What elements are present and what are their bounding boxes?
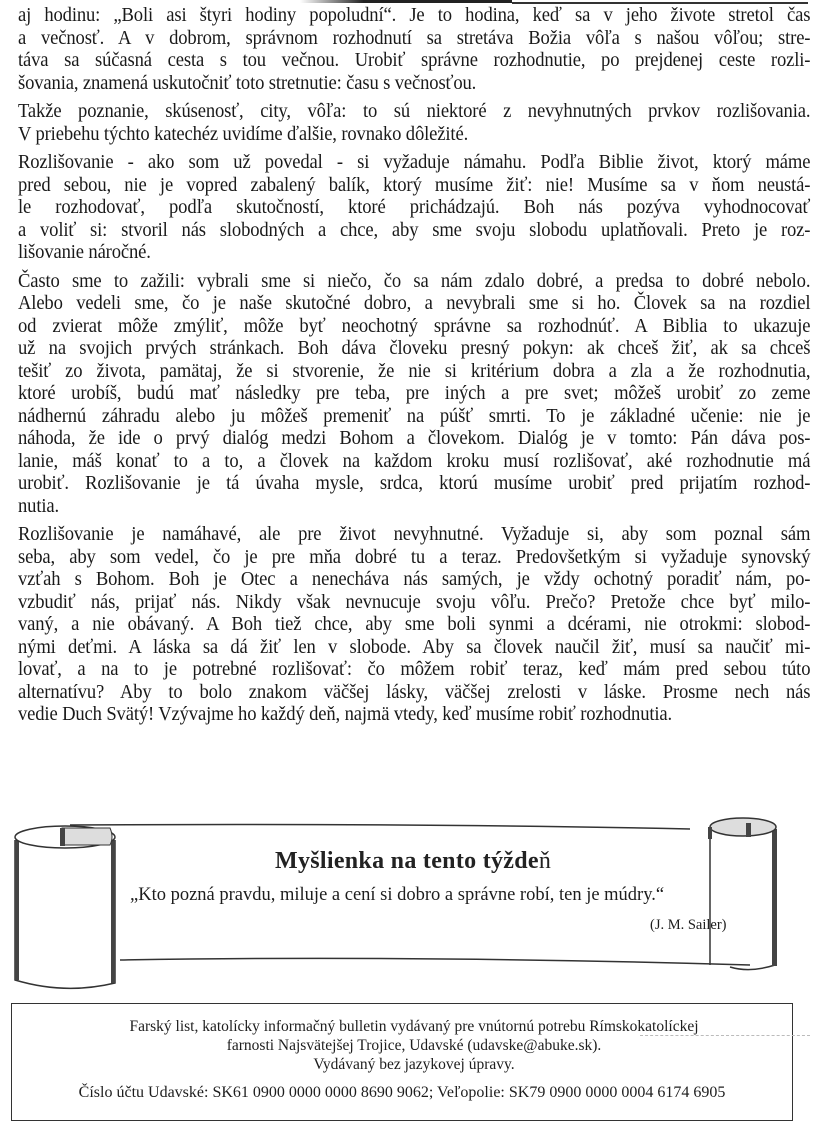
text-line: už na svojich prvých stránkach. Boh dáva…: [18, 337, 810, 360]
text-line: šovania, znamená uskutočniť toto stretnu…: [18, 72, 810, 95]
paragraph-1: aj hodinu: „Boli asi štyri hodiny popolu…: [18, 4, 810, 94]
text-line: táva sa súčasná cesta s tou večnou. Urob…: [18, 49, 810, 72]
text-line: Rozlišovanie je namáhavé, ale pre život …: [18, 523, 810, 546]
text-line: alternatívu? Aby to bolo znakom väčšej l…: [18, 681, 810, 704]
footer-line-3: Vydávaný bez jazykovej úpravy.: [24, 1056, 804, 1074]
banner-title-text: Myšlienka na tento týžde: [275, 848, 539, 874]
text-line: pred sebou, nie je vopred zabalený balík…: [18, 174, 810, 197]
text-line: aj hodinu: „Boli asi štyri hodiny popolu…: [18, 4, 810, 27]
text-line: Často sme to zažili: vybrali sme si nieč…: [18, 270, 810, 293]
footer-line-2: farnosti Najsvätejšej Trojice, Udavské (…: [24, 1037, 804, 1055]
paragraph-4: Často sme to zažili: vybrali sme si nieč…: [18, 270, 810, 518]
text-line: vaný, a nie obávaný. A Boh tiež chce, ab…: [18, 613, 810, 636]
text-line: seba, aby som vedel, čo je pre mňa dobré…: [18, 546, 810, 569]
paragraph-5: Rozlišovanie je namáhavé, ale pre život …: [18, 523, 810, 726]
text-line: od zvierat môže zmýliť, môže byť neochot…: [18, 315, 810, 338]
text-line: Takže poznanie, skúsenosť, city, vôľa: t…: [18, 100, 810, 123]
text-line: nými deťmi. A láska sa dá žiť len v slob…: [18, 636, 810, 659]
text-line: vzbudiť nás, prijať nás. Nikdy však nevn…: [18, 591, 810, 614]
footer-line-1: Farský list, katolícky informačný bullet…: [24, 1018, 804, 1036]
text-line: lovať, a na to je potrebné rozlišovať: č…: [18, 658, 810, 681]
footer-bank-accounts: Číslo účtu Udavské: SK61 0900 0000 0000 …: [12, 1084, 792, 1102]
article-body: aj hodinu: „Boli asi štyri hodiny popolu…: [18, 4, 810, 726]
text-line: a voliť si: stvoril nás slobodných a chc…: [18, 219, 810, 242]
footer-box: Farský list, katolícky informačný bullet…: [11, 1003, 793, 1121]
thought-of-week-banner: Myšlienka na tento týždeň „Kto pozná pra…: [10, 815, 790, 995]
text-line: lišovanie náročné.: [18, 241, 810, 264]
banner-quote: „Kto pozná pravdu, miluje a cení si dobr…: [130, 885, 770, 906]
text-line: ktoré urobíš, budú mať následky pre teba…: [18, 382, 810, 405]
top-rule: [300, 0, 512, 3]
scan-artifact-line: [640, 1035, 810, 1037]
text-line: Alebo vedeli sme, čo je naše skutočné do…: [18, 292, 810, 315]
text-line: a večnosť. A v dobrom, správnom rozhodnu…: [18, 27, 810, 50]
text-line: tešiť zo života, pamätaj, že si stvoreni…: [18, 360, 810, 383]
banner-author: (J. M. Sailer): [650, 917, 770, 934]
text-line: vedie Duch Svätý! Vzývajme ho každý deň,…: [18, 703, 810, 726]
banner-title-last-letter: ň: [539, 848, 551, 874]
text-line: le rozhodovať, podľa skutočností, ktoré …: [18, 196, 810, 219]
paragraph-3: Rozlišovanie - ako som už povedal - si v…: [18, 151, 810, 264]
text-line: vzťah s Bohom. Boh je Otec a nenecháva n…: [18, 568, 810, 591]
text-line: nádhernú záhradu alebo ju môžeš premeniť…: [18, 405, 810, 428]
text-line: V priebehu týchto katechéz uvidíme ďalši…: [18, 123, 810, 146]
banner-title: Myšlienka na tento týždeň: [275, 848, 675, 875]
text-line: nutia.: [18, 495, 810, 518]
text-line: urobiť. Rozlišovanie je tá úvaha mysle, …: [18, 472, 810, 495]
text-line: náhoda, že ide o prvý dialóg medzi Bohom…: [18, 427, 810, 450]
text-line: Rozlišovanie - ako som už povedal - si v…: [18, 151, 810, 174]
text-line: lanie, máš konať to a to, a človek na ka…: [18, 450, 810, 473]
paragraph-2: Takže poznanie, skúsenosť, city, vôľa: t…: [18, 100, 810, 145]
